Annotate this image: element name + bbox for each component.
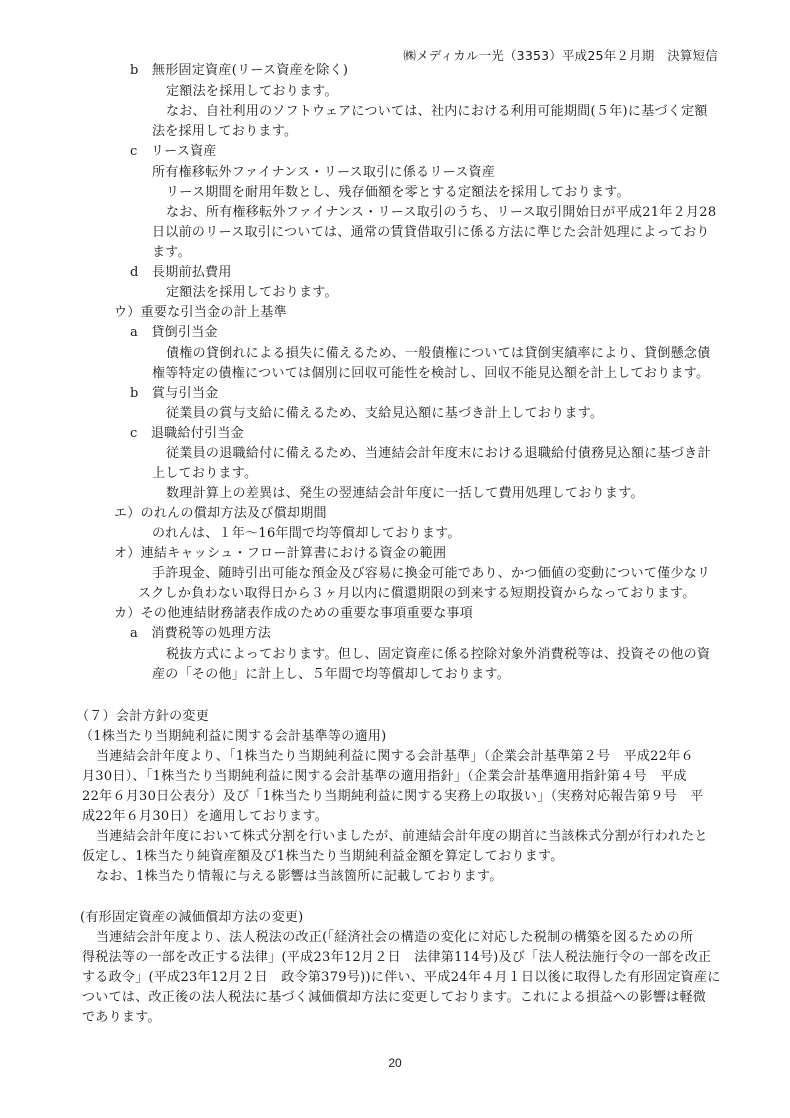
text-line: 当連結会計年度より、法人税法の改正(「経済社会の構造の変化に対応した税制の構築を…	[96, 928, 693, 948]
text-line: a 貸倒引当金	[130, 323, 218, 343]
text-line: 定額法を採用しております。	[166, 82, 338, 102]
page-number: 20	[0, 1056, 790, 1070]
text-line: リース期間を耐用年数とし、残存価額を零とする定額法を採用しております。	[166, 183, 630, 203]
text-line: b 無形固定資産(リース資産を除く)	[130, 61, 348, 81]
text-line: であります。	[82, 1008, 161, 1028]
text-line: する政令」(平成23年12月２日 政令第379号))に伴い、平成24年４月１日以…	[82, 968, 721, 988]
text-line: ます。	[152, 243, 191, 263]
text-line: 所有権移転外ファイナンス・リース取引に係るリース資産	[152, 163, 495, 183]
text-line: 仮定し、1株当たり純資産額及び1株当たり当期純利益金額を算定しております。	[82, 847, 564, 867]
text-line: なお、所有権移転外ファイナンス・リース取引のうち、リース取引開始日が平成21年２…	[166, 203, 716, 223]
text-line: a 消費税等の処理方法	[130, 624, 271, 644]
text-line: c リース資産	[130, 142, 217, 162]
text-line: b 賞与引当金	[130, 384, 218, 404]
text-line: 成22年６月30日）を適用しております。	[82, 807, 328, 827]
text-line: 上しております。	[152, 464, 257, 484]
text-line: （1株当たり当期純利益に関する会計基準等の適用)	[80, 727, 387, 747]
text-line: 月30日）、「1株当たり当期純利益に関する会計基準の適用指針」（企業会計基準適用…	[82, 767, 687, 787]
text-line: 当連結会計年度において株式分割を行いましたが、前連結会計年度の期首に当該株式分割…	[96, 827, 708, 847]
text-line: 日以前のリース取引については、通常の賃貸借取引に係る方法に準じた会計処理によって…	[152, 223, 710, 243]
text-line: 当連結会計年度より、「1株当たり当期純利益に関する会計基準」（企業会計基準第２号…	[96, 747, 694, 767]
text-line: 22年６月30日公表分）及び「1株当たり当期純利益に関する実務上の取扱い」（実務…	[82, 787, 704, 807]
text-line: エ）のれんの償却方法及び償却期間	[114, 504, 327, 524]
text-line: 従業員の退職給付に備えるため、当連結会計年度末における退職給付債務見込額に基づき…	[166, 444, 711, 464]
text-line: （７）会計方針の変更	[76, 707, 209, 727]
text-line: オ）連結キャッシュ・フロー計算書における資金の範囲	[114, 544, 446, 564]
text-line: カ）その他連結財務諸表作成のための重要な事項重要な事項	[114, 604, 473, 624]
text-line: のれんは、１年～16年間で均等償却しております。	[152, 524, 461, 544]
text-line: 手許現金、随時引出可能な預金及び容易に換金可能であり、かつ価値の変動について僅少…	[152, 564, 710, 584]
text-line: 数理計算上の差異は、発生の翌連結会計年度に一括して費用処理しております。	[166, 484, 644, 504]
text-line: スクしか負わない取得日から３ヶ月以内に償還期限の到来する短期投資からなっておりま…	[138, 584, 696, 604]
text-line: なお、自社利用のソフトウェアについては、社内における利用可能期間(５年)に基づく…	[166, 102, 708, 122]
text-line: 権等特定の債権については個別に回収可能性を検討し、回収不能見込額を計上しておりま…	[152, 364, 709, 384]
text-line: c 退職給付引当金	[130, 424, 244, 444]
text-line: ついては、改正後の法人税法に基づく減価償却方法に変更しております。これによる損益…	[82, 988, 706, 1008]
text-line: 産の「その他」に計上し、５年間で均等償却しております。	[152, 665, 510, 685]
text-line: 従業員の賞与支給に備えるため、支給見込額に基づき計上しております。	[166, 404, 603, 424]
text-line: 得税法等の一部を改正する法律」(平成23年12月２日 法律第114号)及び「法人…	[82, 948, 711, 968]
text-line: なお、1株当たり情報に与える影響は当該箇所に記載しております。	[96, 867, 503, 887]
text-line: 定額法を採用しております。	[166, 283, 338, 303]
text-line: 税抜方式によっております。但し、固定資産に係る控除対象外消費税等は、投資その他の…	[166, 645, 710, 665]
document-header: ㈱メディカル一光（3353）平成25年２月期 決算短信	[403, 46, 718, 64]
text-line: ウ）重要な引当金の計上基準	[114, 303, 287, 323]
text-line: 債権の貸倒れによる損失に備えるため、一般債権については貸倒実績率により、貸倒懸念…	[166, 344, 711, 364]
text-line: d 長期前払費用	[130, 263, 232, 283]
text-line: 法を採用しております。	[152, 122, 297, 142]
text-line: (有形固定資産の減価償却方法の変更)	[80, 908, 304, 928]
